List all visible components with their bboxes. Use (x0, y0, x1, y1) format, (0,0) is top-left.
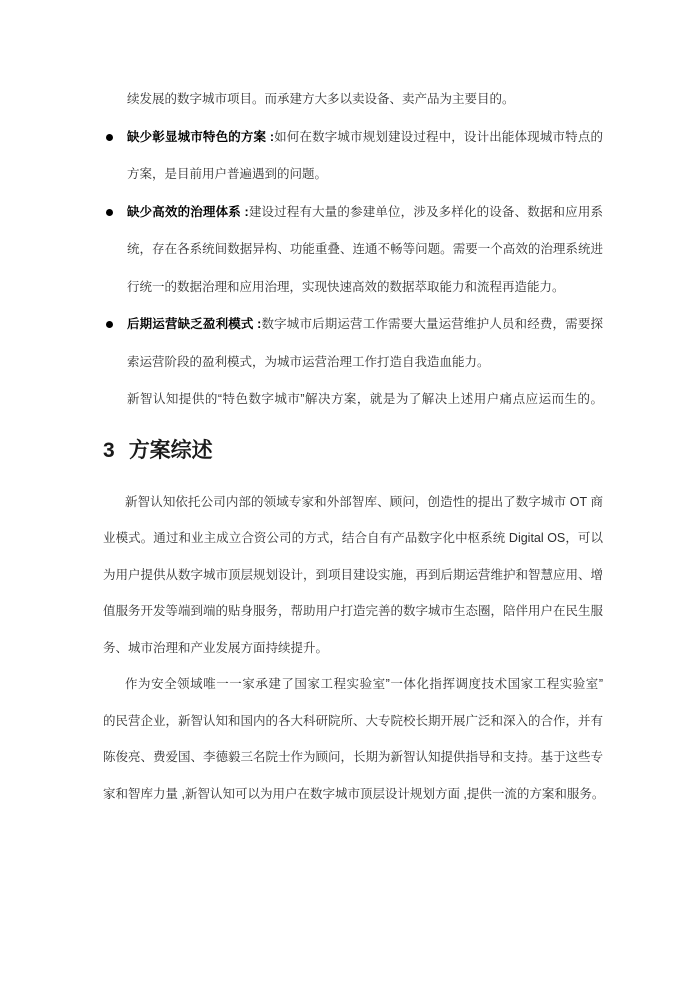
bullet-item: 缺少彰显城市特色的方案 :如何在数字城市规划建设过程中，设计出能体现城市特点的 … (103, 119, 603, 194)
bullet-icon (106, 134, 113, 141)
bullet-list: 缺少彰显城市特色的方案 :如何在数字城市规划建设过程中，设计出能体现城市特点的 … (103, 119, 603, 382)
bullet-line: 后期运营缺乏盈利模式 :数字城市后期运营工作需要大量运营维护人员和经费，需要探 (127, 306, 603, 344)
bullet-lead: 缺少彰显城市特色的方案 : (127, 130, 274, 144)
text-line: 值服务开发等端到端的贴身服务，帮助用户打造完善的数字城市生态圈，陪伴用户在民生服 (103, 593, 603, 630)
text-line: 的民营企业，新智认知和国内的各大科研院所、大专院校长期开展广泛和深入的合作，并有 (103, 703, 603, 740)
heading-number: 3 (103, 439, 115, 462)
paragraph: 新智认知依托公司内部的领域专家和外部智库、顾问，创造性的提出了数字城市 OT 商… (103, 484, 603, 667)
text-line: 为用户提供从数字城市顶层规划设计，到项目建设实施，再到后期运营维护和智慧应用、增 (103, 557, 603, 594)
paragraph: 作为安全领域唯一一家承建了国家工程实验室”一体化指挥调度技术国家工程实验室” 的… (103, 666, 603, 812)
section-heading: 3方案综述 (103, 436, 603, 466)
text-line: 家和智库力量 ,新智认知可以为用户在数字城市顶层设计规划方面 ,提供一流的方案和… (103, 776, 603, 813)
text-line: 陈俊亮、费爱国、李德毅三名院士作为顾问，长期为新智认知提供指导和支持。基于这些专 (103, 739, 603, 776)
bullet-lead: 缺少高效的治理体系 : (127, 205, 249, 219)
document-content: 续发展的数字城市项目。而承建方大多以卖设备、卖产品为主要目的。 缺少彰显城市特色… (103, 81, 603, 812)
bullet-line: 索运营阶段的盈利模式，为城市运营治理工作打造自我造血能力。 (127, 344, 603, 382)
bullet-line: 行统一的数据治理和应用治理，实现快速高效的数据萃取能力和流程再造能力。 (127, 269, 603, 307)
bullet-text: 建设过程有大量的参建单位，涉及多样化的设备、数据和应用系 (249, 205, 603, 219)
text-line: 业模式。通过和业主成立合资公司的方式，结合自有产品数字化中枢系统 Digital… (103, 520, 603, 557)
text-line: 务、城市治理和产业发展方面持续提升。 (103, 630, 603, 667)
bullet-text: 如何在数字城市规划建设过程中，设计出能体现城市特点的 (274, 130, 603, 144)
text-line: 新智认知依托公司内部的领域专家和外部智库、顾问，创造性的提出了数字城市 OT 商 (103, 484, 603, 521)
bullet-text: 数字城市后期运营工作需要大量运营维护人员和经费，需要探 (261, 317, 603, 331)
bullet-item: 缺少高效的治理体系 :建设过程有大量的参建单位，涉及多样化的设备、数据和应用系 … (103, 194, 603, 307)
bullet-item: 后期运营缺乏盈利模式 :数字城市后期运营工作需要大量运营维护人员和经费，需要探 … (103, 306, 603, 381)
bullet-line: 统，存在各系统间数据异构、功能重叠、连通不畅等问题。需要一个高效的治理系统进 (127, 231, 603, 269)
heading-title: 方案综述 (129, 439, 213, 462)
bullet-icon (106, 321, 113, 328)
paragraph-continuation: 续发展的数字城市项目。而承建方大多以卖设备、卖产品为主要目的。 (127, 81, 603, 119)
text-line: 作为安全领域唯一一家承建了国家工程实验室”一体化指挥调度技术国家工程实验室” (103, 666, 603, 703)
document-page: 续发展的数字城市项目。而承建方大多以卖设备、卖产品为主要目的。 缺少彰显城市特色… (0, 0, 700, 990)
bullet-line: 缺少高效的治理体系 :建设过程有大量的参建单位，涉及多样化的设备、数据和应用系 (127, 194, 603, 232)
closing-paragraph: 新智认知提供的“特色数字城市”解决方案，就是为了解决上述用户痛点应运而生的。 (127, 381, 603, 419)
bullet-line: 方案，是目前用户普遍遇到的问题。 (127, 156, 603, 194)
bullet-line: 缺少彰显城市特色的方案 :如何在数字城市规划建设过程中，设计出能体现城市特点的 (127, 119, 603, 157)
bullet-icon (106, 209, 113, 216)
bullet-lead: 后期运营缺乏盈利模式 : (127, 317, 261, 331)
